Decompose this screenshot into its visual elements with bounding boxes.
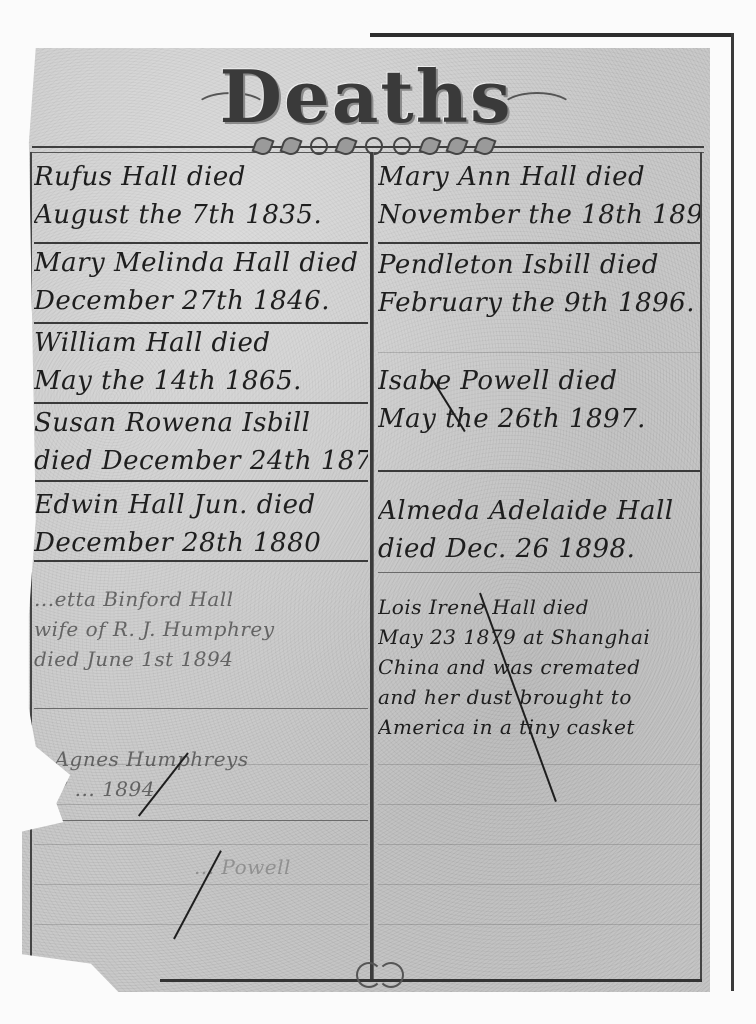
entry-line: May 23 1879 at Shanghai xyxy=(378,622,700,652)
entry-line: died December 24th 1878 xyxy=(34,442,368,480)
death-entry: Almeda Adelaide Hall died Dec. 26 1898. xyxy=(378,492,700,568)
entry-line: May the 26th 1897. xyxy=(378,400,700,438)
entry-line: May the 14th 1865. xyxy=(34,362,368,400)
death-entry: ...etta Binford Hall wife of R. J. Humph… xyxy=(34,584,368,674)
entry-line: and her dust brought to xyxy=(378,682,700,712)
death-entry: Edwin Hall Jun. died December 28th 1880 xyxy=(34,486,368,562)
title-flourish-right xyxy=(500,92,574,126)
entry-line: America in a tiny casket xyxy=(378,712,700,742)
left-border xyxy=(30,152,32,982)
entry-line: December 27th 1846. xyxy=(34,282,368,320)
entry-line: died Dec. 26 1898. xyxy=(378,530,700,568)
entry-line: Pendleton Isbill died xyxy=(378,246,700,284)
entry-line: ...7 ... 1894 xyxy=(34,774,368,804)
entry-line: Almeda Adelaide Hall xyxy=(378,492,700,530)
death-entry: Rufus Hall died August the 7th 1835. xyxy=(34,158,368,234)
scan-frame-top-edge xyxy=(370,33,732,37)
death-entry: Mary Melinda Hall died December 27th 184… xyxy=(34,244,368,320)
register-page: Deaths Rufus Hall died August the 7th xyxy=(22,48,710,992)
death-entry: Isabe Powell died May the 26th 1897. xyxy=(378,362,700,438)
entry-line: Isabe Powell died xyxy=(378,362,700,400)
page-title: Deaths xyxy=(22,52,710,142)
entry-line: August the 7th 1835. xyxy=(34,196,368,234)
left-column: Rufus Hall died August the 7th 1835. Mar… xyxy=(34,152,368,982)
entry-line: Mary Ann Hall died xyxy=(378,158,700,196)
column-divider xyxy=(370,152,374,982)
entry-line: wife of R. J. Humphrey xyxy=(34,614,368,644)
death-entry: Susan Rowena Isbill died December 24th 1… xyxy=(34,404,368,480)
entry-line: Susan Rowena Isbill xyxy=(34,404,368,442)
death-entry: Lois Irene Hall died May 23 1879 at Shan… xyxy=(378,592,700,742)
entry-line: China and was cremated xyxy=(378,652,700,682)
entry-line: William Hall died xyxy=(34,324,368,362)
right-border xyxy=(700,152,702,982)
register-grid: Rufus Hall died August the 7th 1835. Mar… xyxy=(30,152,702,982)
right-column: Mary Ann Hall died November the 18th 189… xyxy=(378,152,700,982)
scan-frame-right-edge xyxy=(731,33,734,991)
entry-line: November the 18th 1894. xyxy=(378,196,700,234)
entry-line: Edwin Hall Jun. died xyxy=(34,486,368,524)
death-entry: Mary Ann Hall died November the 18th 189… xyxy=(378,158,700,234)
entry-line: ... Powell xyxy=(194,852,368,882)
entry-line: February the 9th 1896. xyxy=(378,284,700,322)
entry-line: December 28th 1880 xyxy=(34,524,368,562)
entry-line: Lois Irene Hall died xyxy=(378,592,700,622)
entry-line: Mary Melinda Hall died xyxy=(34,244,368,282)
entry-line: Rufus Hall died xyxy=(34,158,368,196)
death-entry: ... Powell xyxy=(194,852,368,882)
entry-line: died June 1st 1894 xyxy=(34,644,368,674)
death-entry: William Hall died May the 14th 1865. xyxy=(34,324,368,400)
entry-line: ...etta Binford Hall xyxy=(34,584,368,614)
entry-line: ...Agnes Humphreys xyxy=(34,744,368,774)
death-entry: ...Agnes Humphreys ...7 ... 1894 xyxy=(34,744,368,804)
death-entry: Pendleton Isbill died February the 9th 1… xyxy=(378,246,700,322)
